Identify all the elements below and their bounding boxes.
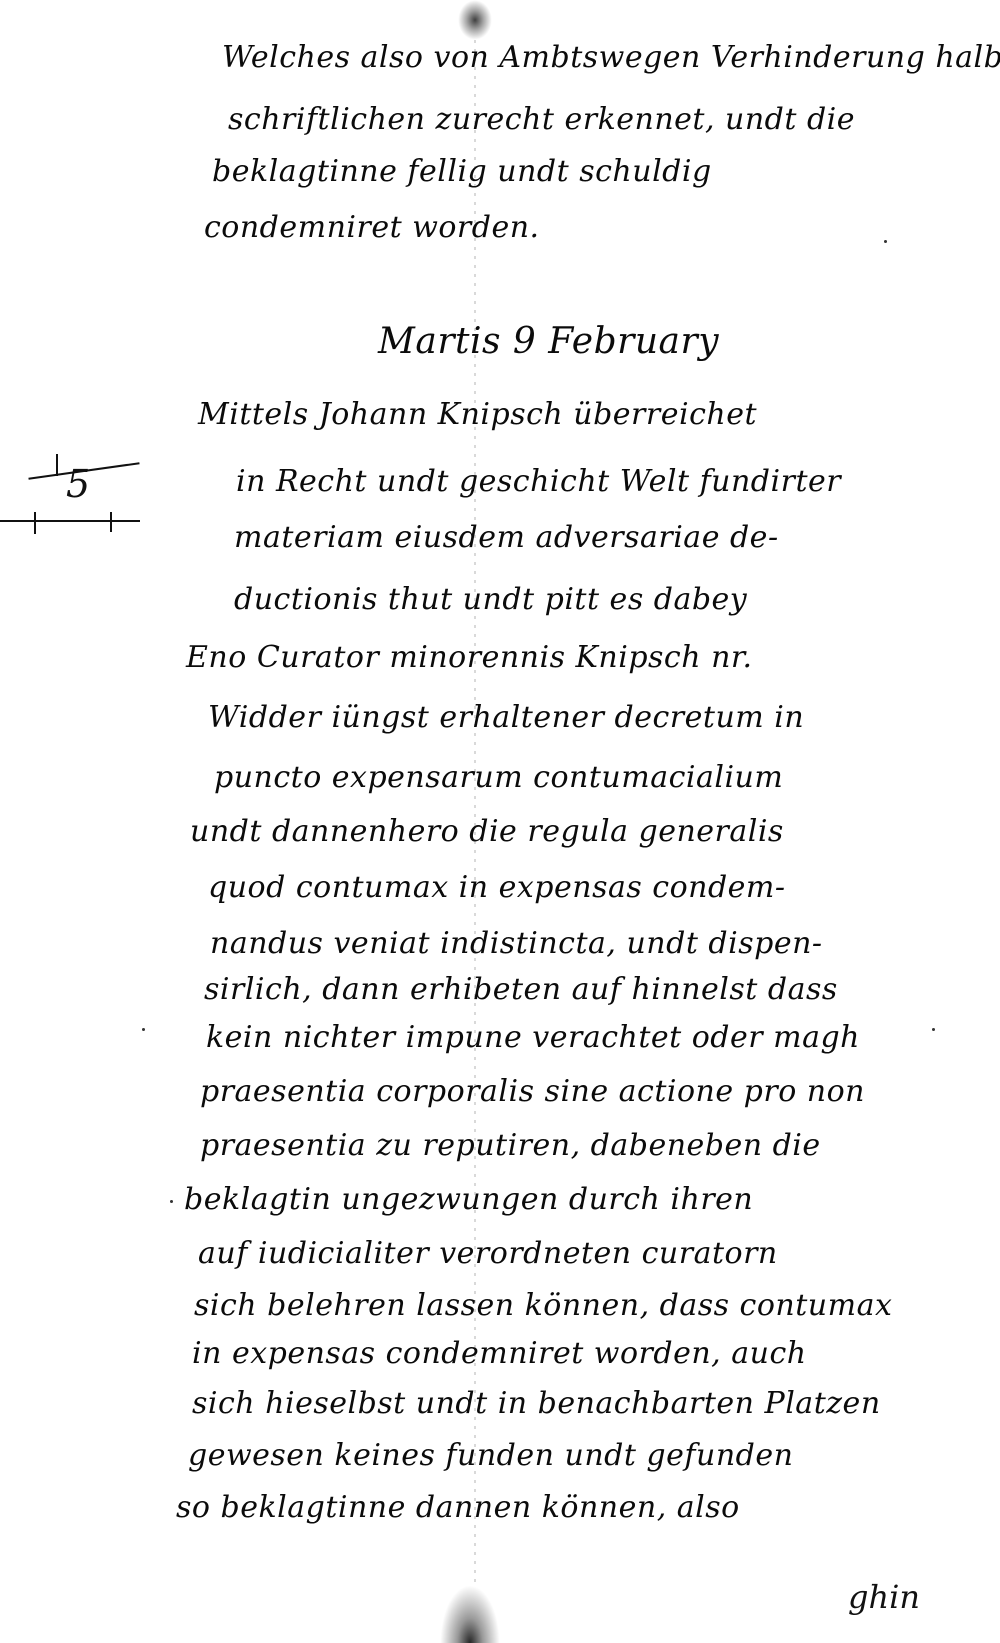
text-line: praesentia corporalis sine actione pro n… bbox=[200, 1072, 865, 1112]
text-line: puncto expensarum contumacialium bbox=[214, 758, 783, 798]
text-line: nandus veniat indistincta, undt dispen- bbox=[210, 924, 823, 964]
text-line: sich belehren lassen können, dass contum… bbox=[194, 1286, 892, 1326]
text-line: in Recht undt geschicht Welt fundirter bbox=[236, 462, 841, 502]
text-line: gewesen keines funden undt gefunden bbox=[188, 1436, 793, 1476]
text-line: ductionis thut undt pitt es dabey bbox=[234, 580, 747, 620]
text-line: Widder iüngst erhaltener decretum in bbox=[208, 698, 804, 738]
text-line: Mittels Johann Knipsch überreichet bbox=[198, 395, 757, 435]
text-line: sich hieselbst undt in benachbarten Plat… bbox=[192, 1384, 881, 1424]
text-line: schriftlichen zurecht erkennet, undt die bbox=[228, 100, 855, 140]
text-line: beklagtin ungezwungen durch ihren bbox=[184, 1180, 753, 1220]
margin-tick bbox=[110, 512, 112, 532]
text-line: Eno Curator minorennis Knipsch nr. bbox=[186, 638, 753, 678]
margin-rule-bottom bbox=[0, 520, 140, 522]
margin-tick bbox=[34, 512, 36, 534]
catchword: ghin bbox=[848, 1578, 920, 1616]
scan-speck bbox=[884, 240, 887, 243]
text-line: kein nichter impune verachtet oder magh bbox=[206, 1018, 860, 1058]
binding-shadow-top bbox=[458, 0, 492, 40]
text-line: undt dannenhero die regula generalis bbox=[190, 812, 784, 852]
text-line: Welches also von Ambtswegen Verhinderung… bbox=[222, 38, 1000, 78]
text-line: condemniret worden. bbox=[204, 208, 540, 248]
date-heading: Martis 9 February bbox=[378, 322, 719, 362]
text-line: beklagtinne fellig undt schuldig bbox=[212, 152, 712, 192]
text-line: so beklagtinne dannen können, also bbox=[176, 1488, 740, 1528]
scan-speck bbox=[170, 1200, 173, 1203]
margin-tick bbox=[56, 454, 58, 476]
text-line: materiam eiusdem adversariae de- bbox=[234, 518, 779, 558]
text-line: in expensas condemniret worden, auch bbox=[192, 1334, 807, 1374]
scan-speck bbox=[142, 1028, 145, 1031]
text-line: praesentia zu reputiren, dabeneben die bbox=[200, 1126, 821, 1166]
binding-shadow-bottom bbox=[440, 1585, 500, 1643]
entry-number: 5 bbox=[66, 462, 90, 506]
scan-speck bbox=[932, 1028, 935, 1031]
text-line: quod contumax in expensas condem- bbox=[208, 868, 786, 908]
manuscript-page: Welches also von Ambtswegen Verhinderung… bbox=[0, 0, 1000, 1643]
text-line: auf iudicialiter verordneten curatorn bbox=[198, 1234, 778, 1274]
text-line: sirlich, dann erhibeten auf hinnelst das… bbox=[204, 970, 838, 1010]
